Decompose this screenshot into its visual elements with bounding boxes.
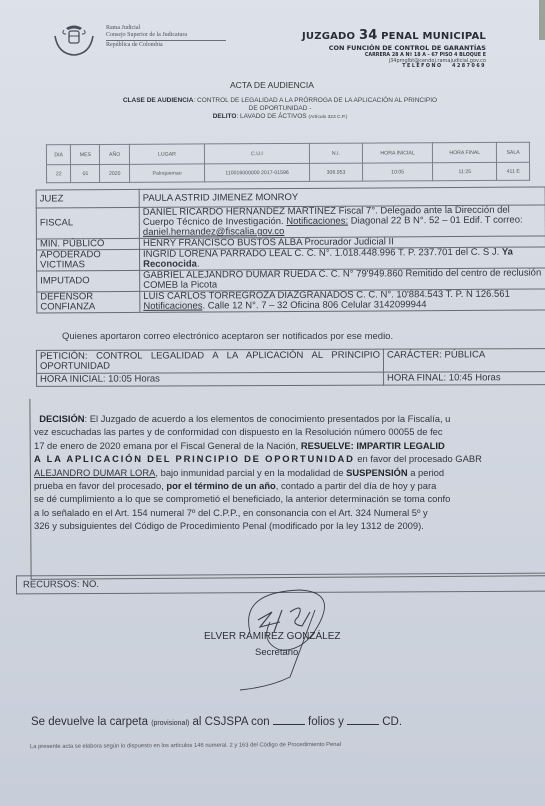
- petition-row: PETICIÓN: CONTROL LEGALIDAD A LA APLICAC…: [36, 349, 545, 374]
- header-cell: MES: [71, 144, 100, 164]
- header-cell: LUGAR: [129, 144, 204, 164]
- decision-line: A LA APLICACIÓN DEL PRINCIPIO DE OPORTUN…: [34, 452, 545, 465]
- cell-day: 22: [47, 165, 72, 183]
- party-label: JUEZ: [36, 189, 139, 208]
- table-header-row: DIA MES AÑO LUGAR C.U.I N.I. HORA INICIA…: [46, 142, 529, 165]
- document-page: Rama Judicial Consejo Superior de la Jud…: [0, 0, 545, 806]
- party-row-defender: DEFENSOR CONFIANZA LUIS CARLOS TORREGROZ…: [37, 289, 545, 313]
- signer-name: ELVER RAMIREZ GONZÁLEZ: [204, 631, 341, 642]
- table-row: 22 01 2020 Paloquemao 110016000000 2017-…: [47, 162, 530, 183]
- cell-ni: 306.953: [310, 163, 363, 181]
- page-edge-shadow: [539, 0, 545, 40]
- legal-footer: La presente acta se elabora según lo dis…: [30, 742, 341, 750]
- logo-line: Consejo Superior de la Judicatura: [106, 32, 226, 39]
- decision-line: 326 y subsiguientes del Código de Proced…: [34, 519, 545, 532]
- document-title: ACTA DE AUDIENCIA: [230, 80, 314, 90]
- header-cell: AÑO: [100, 144, 130, 164]
- header-cell: DIA: [46, 145, 71, 165]
- decision-line: 17 de enero de 2020 emana por el Fiscal …: [34, 439, 545, 452]
- court-header: JUZGADO 34 PENAL MUNICIPAL CON FUNCIÓN D…: [300, 28, 486, 69]
- resolution-bold: RESUELVE: IMPARTIR LEGALID: [301, 440, 445, 451]
- cell-cui: 110016000000 2017-01596: [205, 163, 310, 182]
- petition-text: PETICIÓN: CONTROL LEGALIDAD A LA APLICAC…: [36, 349, 383, 373]
- return-statement: Se devuelve la carpeta (provisional) al …: [31, 716, 402, 728]
- decision-fragment: , contado a partir del día de hoy y para: [276, 480, 437, 491]
- suspension-bold: SUSPENSIÓN: [346, 467, 407, 478]
- provisional-note: (provisional): [151, 720, 189, 727]
- prosecutor-address: Diagonal 22 B N°. 52 – 01 Edif. T correo…: [348, 215, 523, 227]
- header-cell: HORA FINAL: [433, 142, 497, 162]
- decision-line: se dé cumplimiento a lo que se compromet…: [34, 492, 545, 505]
- decision-line: ALEJANDRO DUMAR LORA, bajo inmunidad par…: [34, 466, 545, 479]
- return-text: Se devuelve la carpeta: [31, 716, 151, 728]
- cell-end-time: 11:25: [433, 162, 497, 180]
- crime-value: : LAVADO DE ÁCTIVOS: [236, 113, 308, 120]
- return-text: al CSJSPA con: [189, 716, 273, 728]
- decision-line: prueba en favor del procesado, por el té…: [34, 479, 545, 492]
- signer-role: Secretario: [255, 647, 298, 658]
- decision-text: DECISIÓN: El Juzgado de acuerdo a los el…: [34, 412, 545, 533]
- colombia-coat-of-arms-icon: [52, 22, 96, 56]
- hearing-info-table: DIA MES AÑO LUGAR C.U.I N.I. HORA INICIA…: [46, 142, 530, 184]
- decision-line: a lo señalado en el Art. 154 numeral 7º …: [34, 506, 545, 519]
- party-label: DEFENSOR CONFIANZA: [37, 291, 140, 313]
- end-time-text: HORA FINAL: 10:45 Horas: [384, 372, 545, 386]
- phone-number: 4287069: [452, 64, 486, 69]
- decision-line: vez escuchadas las partes y de conformid…: [34, 425, 545, 438]
- divider: [106, 40, 226, 41]
- hearing-class-value: : CONTROL DE LEGALIDAD A LA PRÓRROGA DE …: [193, 97, 437, 112]
- cell-room: 411 E: [497, 162, 530, 180]
- party-label: IMPUTADO: [37, 270, 140, 292]
- petition-table: PETICIÓN: CONTROL LEGALIDAD A LA APLICAC…: [36, 348, 545, 387]
- header-cell: HORA INICIAL: [362, 143, 432, 163]
- judicial-branch-text: Rama Judicial Consejo Superior de la Jud…: [106, 25, 226, 49]
- party-value: LUIS CARLOS TORREGROZA DIAZGRANADOS C. C…: [140, 289, 545, 312]
- decision-fragment: , bajo inmunidad parcial y en la modalid…: [155, 467, 346, 478]
- hearing-class: CLASE DE AUDIENCIA: CONTROL DE LEGALIDAD…: [120, 97, 440, 122]
- court-prefix: JUZGADO: [302, 31, 359, 42]
- hearing-class-label: CLASE DE AUDIENCIA: [123, 97, 194, 104]
- header-cell: N.I.: [309, 143, 362, 163]
- cell-month: 01: [71, 164, 100, 182]
- court-number: 34: [359, 28, 378, 43]
- term-bold: por el término de un año: [166, 480, 275, 491]
- folios-blank: [273, 716, 305, 725]
- header-cell: C.U.I: [204, 143, 309, 164]
- notifications-label: Notificaciones:: [286, 216, 348, 227]
- cd-blank: [347, 716, 379, 725]
- decision-fragment: en favor del procesado GABR: [355, 453, 482, 464]
- accused-name: ALEJANDRO DUMAR LORA: [34, 467, 155, 478]
- party-label: APODERADO VICTIMAS: [36, 249, 139, 271]
- cell-place: Paloquemao: [130, 164, 205, 182]
- defender-address: . Calle 12 N°. 7 – 32 Oficina 806 Celula…: [202, 299, 426, 311]
- return-text: folios y: [305, 716, 347, 728]
- court-phone: TELÉFONO 4287069: [300, 64, 486, 69]
- character-text: CARÁCTER: PÚBLICA: [383, 349, 545, 373]
- party-row-prosecutor: FISCAL DANIEL RICARDO HERNANDEZ MARTINEZ…: [36, 205, 545, 239]
- cell-start-time: 10:05: [363, 163, 433, 181]
- court-subtitle: CON FUNCIÓN DE CONTROL DE GARANTÍAS: [300, 44, 486, 52]
- decision-fragment: : El Juzgado de acuerdo a los elementos …: [85, 413, 451, 424]
- decision-fragment: a period: [408, 467, 444, 478]
- decision-label: DECISIÓN: [39, 413, 84, 424]
- decision-fragment: prueba en favor del procesado,: [34, 480, 166, 491]
- notifications-label: Notificaciones: [143, 301, 202, 312]
- prosecutor-email-link[interactable]: daniel.hernandez@fiscalia.gov.co: [143, 226, 285, 238]
- phone-label: TELÉFONO: [402, 64, 442, 69]
- decision-line: DECISIÓN: El Juzgado de acuerdo a los el…: [34, 412, 545, 425]
- header-cell: SALA: [497, 142, 530, 162]
- court-name: JUZGADO 34 PENAL MUNICIPAL: [300, 28, 486, 43]
- party-value: DANIEL RICARDO HERNANDEZ MARTINEZ Fiscal…: [139, 205, 545, 238]
- email-consent-note: Quienes aportaron correo electrónico ace…: [62, 331, 393, 342]
- party-label: FISCAL: [36, 207, 139, 239]
- crime-label: DELITO: [213, 113, 237, 120]
- start-time-text: HORA INICIAL: 10:05 Horas: [37, 372, 384, 386]
- times-row: HORA INICIAL: 10:05 Horas HORA FINAL: 10…: [37, 372, 545, 387]
- logo-line: Rama Judicial: [106, 25, 226, 32]
- parties-table: JUEZPAULA ASTRID JIMENEZ MONROY FISCAL D…: [36, 186, 545, 313]
- punctuation: .: [197, 259, 200, 270]
- court-suffix: PENAL MUNICIPAL: [377, 31, 486, 42]
- cell-year: 2020: [100, 164, 130, 182]
- return-text: CD.: [379, 716, 402, 728]
- principle-bold: A LA APLICACIÓN DEL PRINCIPIO DE OPORTUN…: [34, 453, 355, 464]
- crime-reference: (Artículo 323 C.P.): [308, 115, 347, 120]
- decision-fragment: 17 de enero de 2020 emana por el Fiscal …: [34, 440, 301, 451]
- logo-line: República de Colombia: [106, 42, 226, 49]
